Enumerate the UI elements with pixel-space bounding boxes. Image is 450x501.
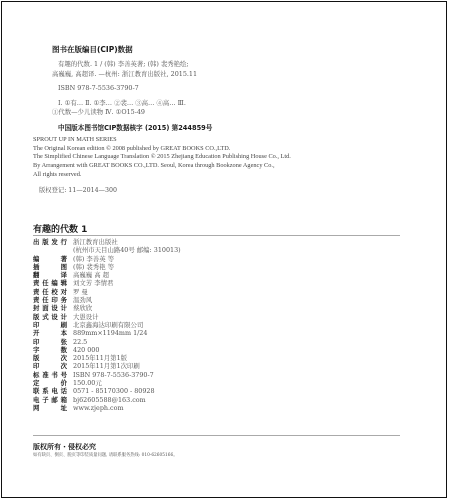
- info-value: 150.00元: [73, 379, 102, 387]
- cip-classification-2: ①代数—少儿读物 Ⅳ. ①O15-49: [52, 108, 412, 118]
- cip-line-2: 高巍巍, 高超译. —杭州: 浙江教育出版社, 2015.11: [52, 70, 412, 80]
- info-row-website: 网 址www.zjeph.com: [33, 404, 413, 412]
- info-label: [33, 246, 67, 254]
- info-label: 出版发行: [33, 238, 67, 246]
- info-value: 0571 - 85170300 - 80928: [73, 387, 155, 395]
- info-value: (韩) 裴秀艳 等: [73, 263, 114, 271]
- info-label: 责任编辑: [33, 279, 67, 287]
- cip-line-1: 有趣的代数. 1 / (韩) 李善英著; (韩) 裴秀艳绘;: [52, 60, 412, 70]
- info-label: 字 数: [33, 346, 67, 354]
- info-label: 编 著: [33, 255, 67, 263]
- divider-bottom: [33, 435, 400, 436]
- info-value: 420 000: [73, 346, 99, 354]
- info-label: 联系电话: [33, 387, 67, 395]
- info-value: 北京鑫海达印刷有限公司: [73, 321, 143, 329]
- info-row-illustrator: 插 图(韩) 裴秀艳 等: [33, 263, 413, 271]
- info-row-printer: 印 刷北京鑫海达印刷有限公司: [33, 321, 413, 329]
- info-label: 网 址: [33, 404, 67, 412]
- cip-title: 图书在版编目(CIP)数据: [52, 44, 412, 55]
- info-row-printing: 印 次2015年11月第1次印刷: [33, 362, 413, 370]
- info-row-isbn: 标准书号ISBN 978-7-5536-3790-7: [33, 371, 413, 379]
- cip-classification-1: Ⅰ. ①有… Ⅱ. ①李… ②裴… ③高… ④高… Ⅲ.: [52, 99, 412, 109]
- rights-note: 如有缺页、倒页、脱页等印装质量问题, 请联系服务热线: 010-62605166…: [33, 452, 178, 458]
- cip-block: 图书在版编目(CIP)数据 有趣的代数. 1 / (韩) 李善英著; (韩) 裴…: [52, 44, 412, 132]
- info-value: 889mm×1194mm 1/24: [73, 329, 147, 337]
- info-row-layout-design: 版式设计大愚设计: [33, 313, 413, 321]
- info-label: 标准书号: [33, 371, 67, 379]
- info-label: 插 图: [33, 263, 67, 271]
- info-row-cover-design: 封面设计蔡欣欣: [33, 304, 413, 312]
- copyright-block: SPROUT UP IN MATH SERIES The Original Ko…: [33, 136, 433, 194]
- cip-isbn: ISBN 978-7-5536-3790-7: [52, 84, 412, 94]
- info-row-phone: 联系电话0571 - 85170300 - 80928: [33, 387, 413, 395]
- info-value: (杭州市天目山路40号 邮编: 310013): [73, 246, 181, 254]
- info-label: 电子邮箱: [33, 396, 67, 404]
- book-title: 有趣的代数 1: [33, 222, 87, 235]
- info-row-address: (杭州市天目山路40号 邮编: 310013): [33, 246, 413, 254]
- info-row-email: 电子邮箱bj62605588@163.com: [33, 396, 413, 404]
- info-value: 大愚设计: [73, 313, 99, 321]
- publication-info: 出版发行浙江教育出版社 (杭州市天目山路40号 邮编: 310013) 编 著(…: [33, 238, 413, 412]
- info-row-sheets: 印 张22.5: [33, 338, 413, 346]
- info-label: 印 次: [33, 362, 67, 370]
- info-row-editor: 责任编辑刘文芳 李情君: [33, 279, 413, 287]
- info-value: ISBN 978-7-5536-3790-7: [73, 371, 154, 379]
- info-row-format: 开 本889mm×1194mm 1/24: [33, 329, 413, 337]
- info-value: 22.5: [73, 338, 87, 346]
- info-label: 印 张: [33, 338, 67, 346]
- info-label: 责任校对: [33, 288, 67, 296]
- info-label: 开 本: [33, 329, 67, 337]
- rights-title: 版权所有・侵权必究: [33, 442, 96, 452]
- info-value: (韩) 李善英 等: [73, 255, 114, 263]
- info-row-proofreader: 责任校对罗 曼: [33, 288, 413, 296]
- cip-number: 中国版本图书馆CIP数据核字 (2015) 第244859号: [52, 122, 412, 132]
- info-label: 封面设计: [33, 304, 67, 312]
- info-value: bj62605588@163.com: [73, 396, 146, 404]
- arrangement-notice: By Arrangement with GREAT BOOKS CO.,LTD.…: [33, 162, 433, 171]
- info-row-word-count: 字 数420 000: [33, 346, 413, 354]
- series-name: SPROUT UP IN MATH SERIES: [33, 136, 433, 145]
- rights-reserved: All rights reserved.: [33, 171, 433, 180]
- divider-top: [33, 235, 400, 236]
- info-value: 2015年11月第1次印刷: [73, 362, 140, 370]
- info-value: 刘文芳 李情君: [73, 279, 113, 287]
- info-row-author: 编 著(韩) 李善英 等: [33, 255, 413, 263]
- info-value: www.zjeph.com: [73, 404, 124, 412]
- info-row-price: 定 价150.00元: [33, 379, 413, 387]
- original-edition: The Original Korean edition © 2008 publi…: [33, 145, 433, 154]
- info-value: 罗 曼: [73, 288, 88, 296]
- info-label: 版式设计: [33, 313, 67, 321]
- info-value: 蔡欣欣: [73, 304, 92, 312]
- translation-notice: The Simplified Chinese Language Translat…: [33, 153, 433, 162]
- copyright-registration: 版权登记: 11—2014—300: [33, 185, 433, 194]
